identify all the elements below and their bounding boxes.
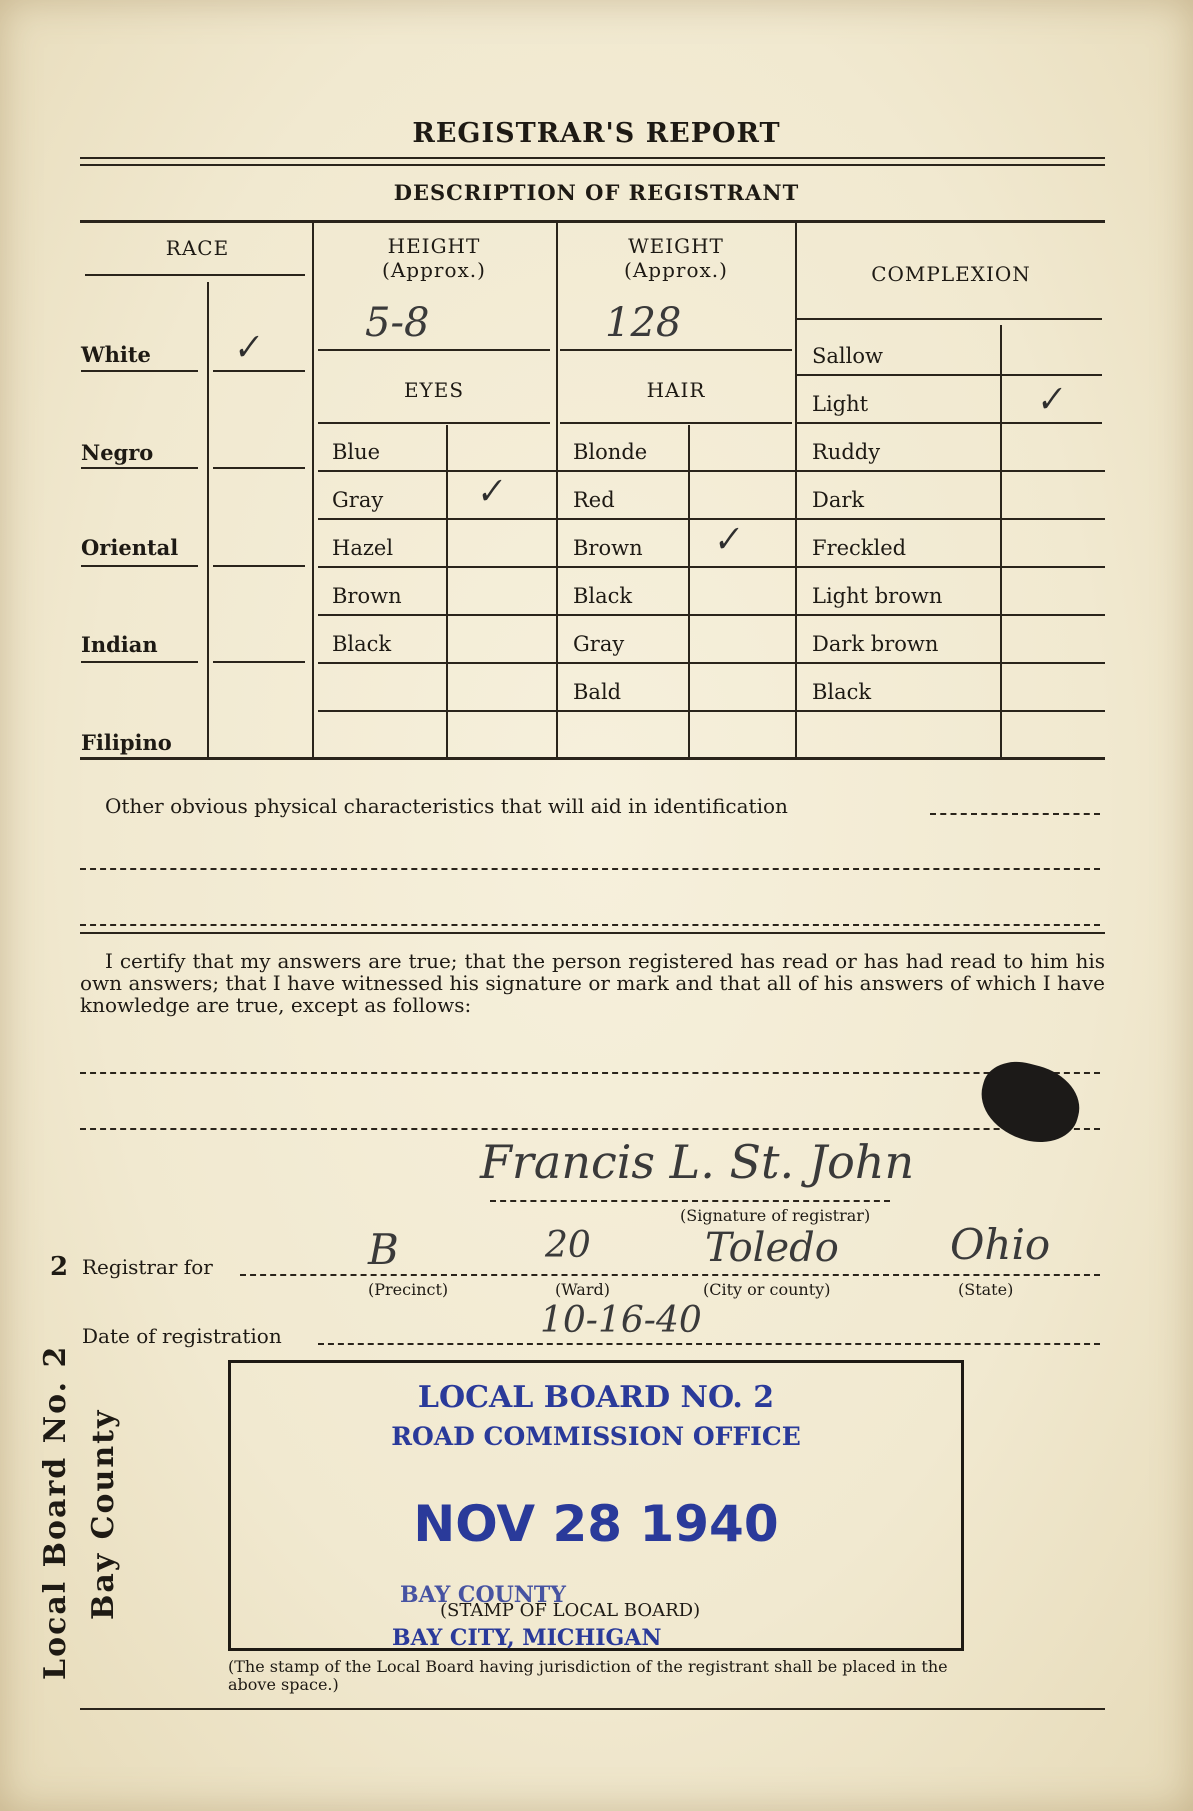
check-mark-icon[interactable]: ✓ <box>472 470 506 514</box>
rule <box>797 374 1102 376</box>
complexion-dark-brown: Dark brown <box>812 632 938 656</box>
complexion-ruddy: Ruddy <box>812 440 880 464</box>
state-value[interactable]: Ohio <box>950 1220 1050 1269</box>
document-subtitle: DESCRIPTION OF REGISTRANT <box>0 180 1193 205</box>
rule <box>797 318 1102 320</box>
rule <box>213 370 305 372</box>
rule <box>81 661 198 663</box>
other-characteristics-field-line3[interactable] <box>80 924 1100 926</box>
rule <box>85 274 305 276</box>
hair-header: HAIR <box>558 378 794 402</box>
ink-blot <box>972 1053 1088 1151</box>
col-divider <box>446 425 448 757</box>
registrar-for-label: Registrar for <box>82 1256 213 1278</box>
signature-caption: (Signature of registrar) <box>680 1206 870 1225</box>
eyes-black: Black <box>332 632 391 656</box>
check-mark-icon[interactable]: ✓ <box>229 326 263 370</box>
exceptions-field-line1[interactable] <box>80 1072 1100 1074</box>
date-of-registration-value[interactable]: 10-16-40 <box>540 1300 702 1341</box>
race-indian: Indian <box>81 632 158 657</box>
eyes-blue: Blue <box>332 440 380 464</box>
eyes-hazel: Hazel <box>332 536 393 560</box>
side-stamp-line1: Local Board No. 2 <box>38 1345 73 1680</box>
col-divider <box>688 425 690 757</box>
rule <box>213 565 305 567</box>
other-characteristics-label: Other obvious physical characteristics t… <box>105 795 788 817</box>
rule <box>318 614 1105 616</box>
height-value: 5-8 <box>365 300 429 346</box>
race-filipino: Filipino <box>81 730 172 755</box>
weight-value: 128 <box>605 300 681 346</box>
complexion-light: Light <box>812 392 868 416</box>
stamp-line1: LOCAL BOARD NO. 2 <box>228 1380 964 1415</box>
rule <box>318 518 1105 520</box>
bottom-rule <box>80 1708 1105 1710</box>
complexion-dark: Dark <box>812 488 864 512</box>
ward-caption: (Ward) <box>555 1280 610 1299</box>
weight-subheader: (Approx.) <box>558 258 794 282</box>
complexion-black: Black <box>812 680 871 704</box>
hair-bald: Bald <box>573 680 621 704</box>
rule <box>213 467 305 469</box>
col-divider <box>312 222 314 757</box>
section-rule <box>80 932 1105 934</box>
col-divider <box>207 282 209 757</box>
certification-text: I certify that my answers are true; that… <box>80 950 1105 1016</box>
ward-value[interactable]: 20 <box>545 1225 591 1266</box>
stamp-line4: BAY CITY, MICHIGAN <box>392 1625 662 1651</box>
rule <box>81 565 198 567</box>
rule <box>318 566 1105 568</box>
rule <box>797 422 1102 424</box>
state-caption: (State) <box>958 1280 1013 1299</box>
complexion-freckled: Freckled <box>812 536 906 560</box>
complexion-light-brown: Light brown <box>812 584 942 608</box>
rule <box>81 467 198 469</box>
rule <box>560 349 792 351</box>
race-oriental: Oriental <box>81 535 178 560</box>
side-stamp-line2: Bay County <box>86 1409 121 1620</box>
registrar-for-line <box>240 1274 1100 1276</box>
rule <box>318 349 550 351</box>
precinct-caption: (Precinct) <box>368 1280 448 1299</box>
exceptions-field-line2[interactable] <box>80 1128 1100 1130</box>
other-characteristics-field-line2[interactable] <box>80 868 1100 870</box>
city-caption: (City or county) <box>703 1280 830 1299</box>
registrar-signature[interactable]: Francis L. St. John <box>480 1135 914 1189</box>
other-characteristics-field[interactable] <box>930 813 1100 815</box>
title-double-rule <box>80 157 1105 166</box>
race-white: White <box>81 342 151 367</box>
rule <box>81 370 198 372</box>
col-divider <box>795 222 797 757</box>
city-value[interactable]: Toledo <box>705 1225 839 1271</box>
weight-header: WEIGHT <box>558 234 794 258</box>
document-title: REGISTRAR'S REPORT <box>0 118 1193 149</box>
hair-blonde: Blonde <box>573 440 647 464</box>
table-bottom-rule <box>80 757 1105 760</box>
registrar-report-card: REGISTRAR'S REPORT DESCRIPTION OF REGIST… <box>0 0 1193 1811</box>
precinct-value[interactable]: B <box>368 1225 399 1274</box>
race-header: RACE <box>85 236 310 260</box>
check-mark-icon[interactable]: ✓ <box>709 518 743 562</box>
rule <box>318 422 550 424</box>
col-divider <box>1000 325 1002 757</box>
height-subheader: (Approx.) <box>314 258 554 282</box>
race-negro: Negro <box>81 440 153 465</box>
stamp-instruction: (The stamp of the Local Board having jur… <box>228 1658 988 1694</box>
col-divider <box>556 222 558 757</box>
hair-red: Red <box>573 488 615 512</box>
complexion-header: COMPLEXION <box>797 262 1105 286</box>
stamp-date: NOV 28 1940 <box>228 1495 964 1553</box>
check-mark-icon[interactable]: ✓ <box>1032 378 1066 422</box>
rule <box>318 470 1105 472</box>
stamp-line2: ROAD COMMISSION OFFICE <box>228 1422 964 1451</box>
rule <box>318 662 1105 664</box>
eyes-gray: Gray <box>332 488 383 512</box>
hair-brown: Brown <box>573 536 643 560</box>
date-of-registration-label: Date of registration <box>82 1325 282 1347</box>
complexion-sallow: Sallow <box>812 344 883 368</box>
eyes-header: EYES <box>314 378 554 402</box>
hair-black: Black <box>573 584 632 608</box>
rule <box>318 710 1105 712</box>
date-of-registration-line <box>318 1343 1100 1345</box>
rule <box>213 661 305 663</box>
table-top-rule <box>80 220 1105 223</box>
height-header: HEIGHT <box>314 234 554 258</box>
eyes-brown: Brown <box>332 584 402 608</box>
stamp-line3: BAY COUNTY <box>400 1582 566 1608</box>
signature-line <box>490 1200 890 1202</box>
rule <box>560 422 792 424</box>
hair-gray: Gray <box>573 632 624 656</box>
side-digit: 2 <box>50 1252 68 1282</box>
